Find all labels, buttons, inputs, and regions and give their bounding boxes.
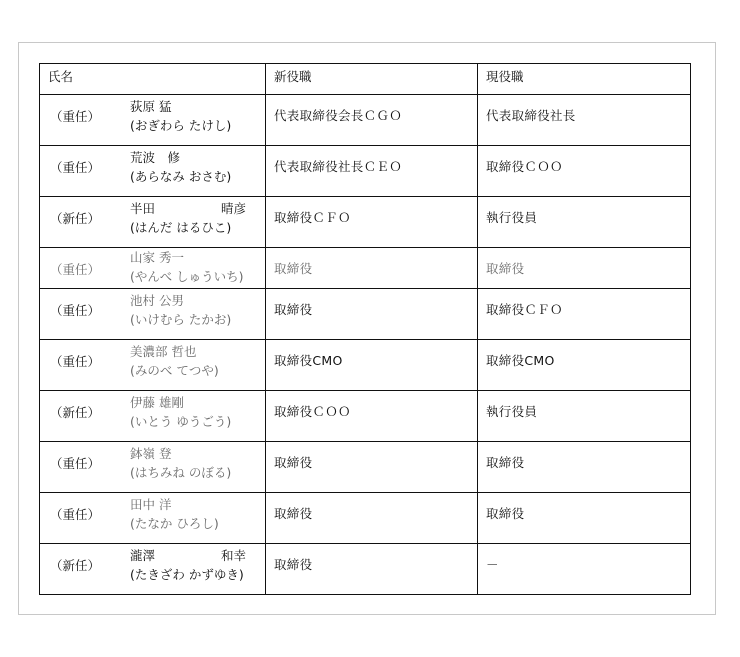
table-row: （新任） 半田晴彦 (はんだ はるひこ) 取締役ＣＦＯ 執行役員 — [40, 197, 691, 248]
given-name: 修 — [168, 150, 181, 165]
appointment-status: （重任） — [50, 158, 100, 176]
person-name: 美濃部 哲也 (みのべ てつや) — [130, 342, 246, 380]
table-row: （重任） 荻原 猛 (おぎわら たけし) 代表取締役会長ＣＧＯ 代表取締役社長 — [40, 95, 691, 146]
person-name: 荻原 猛 (おぎわら たけし) — [130, 97, 246, 135]
current-position-cell: 取締役ＣＦＯ — [478, 289, 691, 340]
person-name: 田中 洋 (たなか ひろし) — [130, 495, 246, 533]
given-name: 晴彦 — [221, 199, 246, 218]
table-row: （新任） 伊藤 雄剛 (いとう ゆうごう) 取締役ＣＯＯ 執行役員 — [40, 391, 691, 442]
name-cell: （重任） 山家 秀一 (やんべ しゅういち) — [40, 248, 266, 289]
new-position-cell: 代表取締役社長ＣＥＯ — [266, 146, 478, 197]
name-reading: (あらなみ おさむ) — [130, 167, 246, 186]
board-members-table: 氏名 新役職 現役職 （重任） 荻原 猛 (おぎわら たけし) 代表取締役会長Ｃ… — [39, 63, 691, 595]
family-name: 鉢嶺 — [130, 446, 155, 461]
name-cell: （重任） 池村 公男 (いけむら たかお) — [40, 289, 266, 340]
name-cell: （新任） 瀧澤和幸 (たきざわ かずゆき) — [40, 544, 266, 595]
table-row: （重任） 鉢嶺 登 (はちみね のぼる) 取締役 取締役 — [40, 442, 691, 493]
person-name: 瀧澤和幸 (たきざわ かずゆき) — [130, 546, 246, 584]
current-position-cell: － — [478, 544, 691, 595]
name-cell: （重任） 田中 洋 (たなか ひろし) — [40, 493, 266, 544]
new-position-cell: 取締役ＣＯＯ — [266, 391, 478, 442]
table-row: （重任） 池村 公男 (いけむら たかお) 取締役 取締役ＣＦＯ — [40, 289, 691, 340]
name-reading: (やんべ しゅういち) — [130, 267, 246, 286]
person-name: 半田晴彦 (はんだ はるひこ) — [130, 199, 246, 237]
family-name: 田中 — [130, 497, 155, 512]
new-position-cell: 取締役 — [266, 442, 478, 493]
name-cell: （重任） 鉢嶺 登 (はちみね のぼる) — [40, 442, 266, 493]
appointment-status: （重任） — [50, 454, 100, 472]
person-name: 荒波 修 (あらなみ おさむ) — [130, 148, 246, 186]
given-name: 洋 — [159, 497, 172, 512]
given-name: 猛 — [159, 99, 172, 114]
appointment-status: （新任） — [50, 209, 100, 227]
new-position-cell: 代表取締役会長ＣＧＯ — [266, 95, 478, 146]
person-name: 山家 秀一 (やんべ しゅういち) — [130, 248, 246, 286]
current-position-cell: 執行役員 — [478, 391, 691, 442]
appointment-status: （重任） — [50, 505, 100, 523]
header-name: 氏名 — [40, 64, 266, 95]
new-position-cell: 取締役CMO — [266, 340, 478, 391]
family-name: 半田 — [130, 199, 155, 218]
new-position-cell: 取締役 — [266, 289, 478, 340]
name-cell: （新任） 伊藤 雄剛 (いとう ゆうごう) — [40, 391, 266, 442]
table-row: （新任） 瀧澤和幸 (たきざわ かずゆき) 取締役 － — [40, 544, 691, 595]
appointment-status: （重任） — [50, 260, 100, 278]
current-position-cell: 取締役CMO — [478, 340, 691, 391]
given-name: 登 — [159, 446, 172, 461]
current-position-cell: 取締役 — [478, 442, 691, 493]
table-row: （重任） 田中 洋 (たなか ひろし) 取締役 取締役 — [40, 493, 691, 544]
family-name: 瀧澤 — [130, 546, 155, 565]
name-cell: （重任） 荒波 修 (あらなみ おさむ) — [40, 146, 266, 197]
table-row: （重任） 荒波 修 (あらなみ おさむ) 代表取締役社長ＣＥＯ 取締役ＣＯＯ — [40, 146, 691, 197]
new-position-cell: 取締役ＣＦＯ — [266, 197, 478, 248]
new-position-cell: 取締役 — [266, 544, 478, 595]
given-name: 和幸 — [221, 546, 246, 565]
appointment-status: （重任） — [50, 107, 100, 125]
header-new-position: 新役職 — [266, 64, 478, 95]
family-name: 伊藤 — [130, 395, 155, 410]
table-row: （重任） 山家 秀一 (やんべ しゅういち) 取締役 取締役 — [40, 248, 691, 289]
family-name: 池村 — [130, 293, 155, 308]
current-position-cell: 取締役 — [478, 248, 691, 289]
name-cell: （重任） 荻原 猛 (おぎわら たけし) — [40, 95, 266, 146]
person-name: 伊藤 雄剛 (いとう ゆうごう) — [130, 393, 246, 431]
current-position-cell: 取締役 — [478, 493, 691, 544]
table-row: （重任） 美濃部 哲也 (みのべ てつや) 取締役CMO 取締役CMO — [40, 340, 691, 391]
family-name: 荻原 — [130, 99, 155, 114]
name-reading: (いけむら たかお) — [130, 310, 246, 329]
current-position-cell: 代表取締役社長 — [478, 95, 691, 146]
current-position-cell: 取締役ＣＯＯ — [478, 146, 691, 197]
family-name: 美濃部 — [130, 344, 168, 359]
given-name: 哲也 — [172, 344, 197, 359]
family-name: 山家 — [130, 250, 155, 265]
appointment-status: （重任） — [50, 301, 100, 319]
given-name: 秀一 — [159, 250, 184, 265]
name-reading: (たきざわ かずゆき) — [130, 565, 246, 584]
family-name: 荒波 — [130, 150, 155, 165]
person-name: 鉢嶺 登 (はちみね のぼる) — [130, 444, 246, 482]
appointment-status: （新任） — [50, 403, 100, 421]
appointment-status: （重任） — [50, 352, 100, 370]
name-cell: （新任） 半田晴彦 (はんだ はるひこ) — [40, 197, 266, 248]
person-name: 池村 公男 (いけむら たかお) — [130, 291, 246, 329]
header-current-position: 現役職 — [478, 64, 691, 95]
name-reading: (はちみね のぼる) — [130, 463, 246, 482]
name-reading: (おぎわら たけし) — [130, 116, 246, 135]
name-reading: (はんだ はるひこ) — [130, 218, 246, 237]
new-position-cell: 取締役 — [266, 493, 478, 544]
given-name: 公男 — [159, 293, 184, 308]
new-position-cell: 取締役 — [266, 248, 478, 289]
table-header-row: 氏名 新役職 現役職 — [40, 64, 691, 95]
appointment-status: （新任） — [50, 556, 100, 574]
name-reading: (みのべ てつや) — [130, 361, 246, 380]
name-cell: （重任） 美濃部 哲也 (みのべ てつや) — [40, 340, 266, 391]
name-reading: (いとう ゆうごう) — [130, 412, 246, 431]
current-position-cell: 執行役員 — [478, 197, 691, 248]
given-name: 雄剛 — [159, 395, 184, 410]
name-reading: (たなか ひろし) — [130, 514, 246, 533]
